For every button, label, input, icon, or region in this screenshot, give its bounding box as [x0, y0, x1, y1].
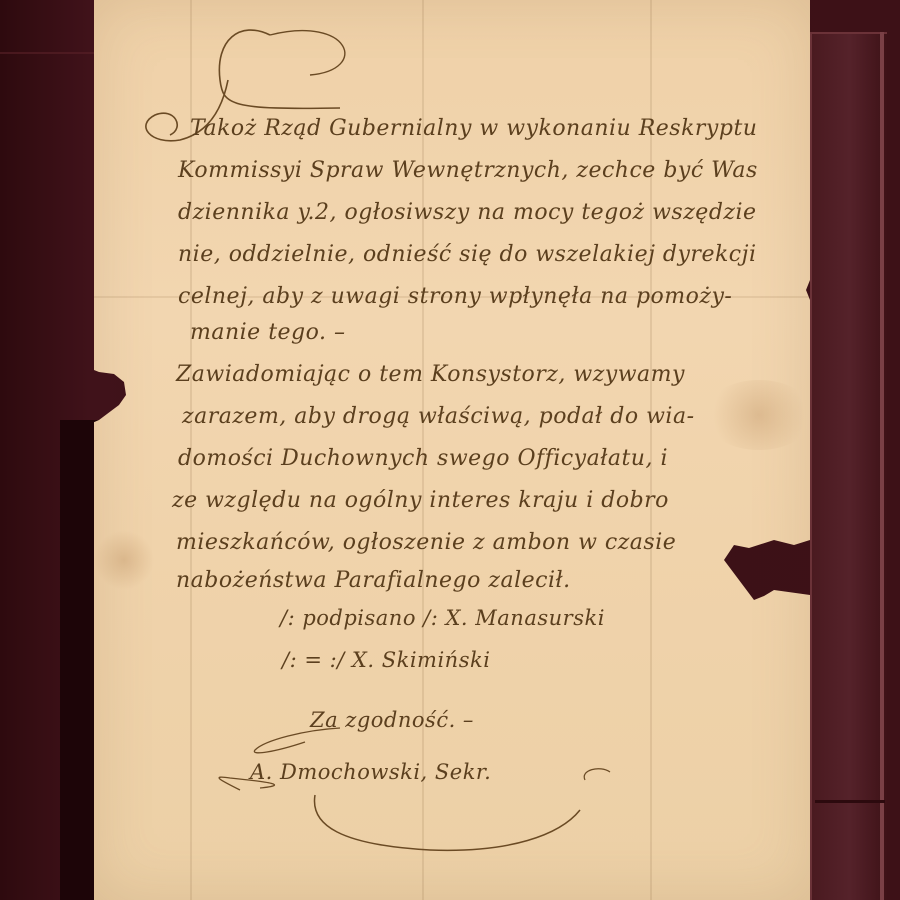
letter-line: Kommissyi Spraw Wewnętrznych, zechce być…	[178, 158, 758, 183]
binder-edge	[880, 32, 884, 900]
binder-seam	[815, 800, 885, 803]
countersignature-text: A. Dmochowski, Sekr.	[250, 760, 491, 784]
letter-line: celnej, aby z uwagi strony wpłynęła na p…	[178, 284, 732, 309]
letter-line: ze względu na ogólny interes kraju i dob…	[172, 488, 669, 513]
binder-cover-right	[810, 32, 887, 900]
letter-line: Takoż Rząd Gubernialny w wykonaniu Reskr…	[190, 116, 757, 141]
paper-stain	[94, 530, 154, 590]
letter-line: mieszkańców, ogłoszenie z ambon w czasie	[176, 530, 676, 555]
signature-line: /: = :/ X. Skimiński	[282, 648, 490, 672]
letter-line: Zawiadomiając o tem Konsystorz, wzywamy	[176, 362, 685, 387]
letter-line: nabożeństwa Parafialnego zalecił.	[176, 568, 571, 593]
signature-line: /: podpisano /: X. Manasurski	[280, 606, 605, 630]
letter-line: dziennika y.2, ogłosiwszy na mocy tegoż …	[178, 200, 757, 225]
letter-line: manie tego. –	[190, 320, 345, 345]
leather-seam	[0, 52, 95, 54]
letter-line: domości Duchownych swego Officyałatu, i	[178, 446, 668, 471]
letter-line: nie, oddzielnie, odnieść się do wszelaki…	[178, 242, 756, 267]
attestation-text: Za zgodność. –	[310, 708, 474, 732]
letter-line: zarazem, aby drogą właściwą, podał do wi…	[182, 404, 695, 429]
paper-stain	[704, 380, 814, 450]
